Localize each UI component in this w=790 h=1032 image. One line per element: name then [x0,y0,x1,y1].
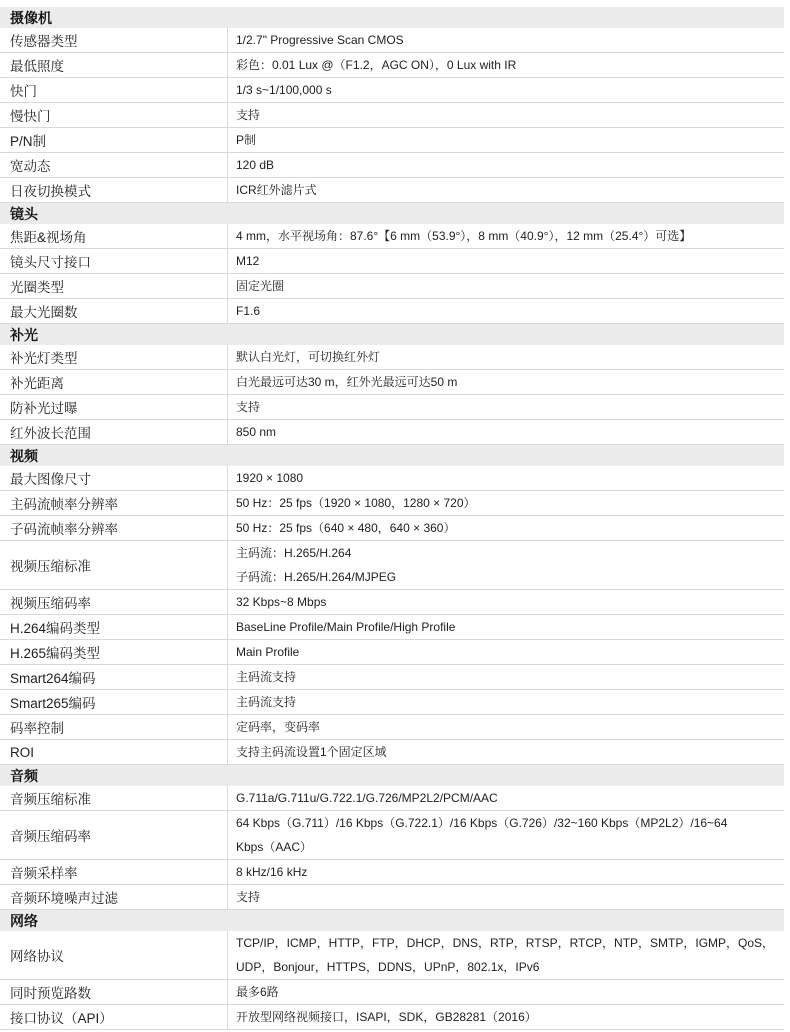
spec-value-line: BaseLine Profile/Main Profile/High Profi… [236,615,784,639]
spec-value-line: 子码流：H.265/H.264/MJPEG [236,565,784,589]
spec-row: Smart264编码主码流支持 [0,665,784,690]
spec-row: 传感器类型1/2.7" Progressive Scan CMOS [0,28,784,53]
spec-label: 日夜切换模式 [0,178,228,202]
spec-value: M12 [228,249,784,273]
spec-label: 主码流帧率分辨率 [0,491,228,515]
spec-value-line: 120 dB [236,153,784,177]
spec-label: 接口协议（API） [0,1005,228,1029]
spec-value: 固定光圈 [228,274,784,298]
spec-value-line: P制 [236,128,784,152]
spec-value-line: 彩色：0.01 Lux @（F1.2，AGC ON），0 Lux with IR [236,53,784,77]
spec-row: 慢快门支持 [0,103,784,128]
spec-row: 宽动态120 dB [0,153,784,178]
spec-value: G.711a/G.711u/G.722.1/G.726/MP2L2/PCM/AA… [228,786,784,810]
spec-value-line: UDP，Bonjour，HTTPS，DDNS，UPnP，802.1x，IPv6 [236,955,784,979]
spec-value: 主码流：H.265/H.264子码流：H.265/H.264/MJPEG [228,541,784,589]
spec-row: 主码流帧率分辨率50 Hz：25 fps（1920 × 1080，1280 × … [0,491,784,516]
spec-label: 视频压缩标准 [0,541,228,589]
spec-value: 开放型网络视频接口，ISAPI，SDK，GB28281（2016） [228,1005,784,1029]
spec-value-line: 64 Kbps（G.711）/16 Kbps（G.722.1）/16 Kbps（… [236,811,784,835]
spec-value: 50 Hz：25 fps（640 × 480，640 × 360） [228,516,784,540]
spec-row: 子码流帧率分辨率50 Hz：25 fps（640 × 480，640 × 360… [0,516,784,541]
spec-value: 支持 [228,395,784,419]
spec-value-line: 32 Kbps~8 Mbps [236,590,784,614]
spec-value-line: 4 mm，水平视场角：87.6°【6 mm（53.9°），8 mm（40.9°）… [236,224,784,248]
spec-value-line: G.711a/G.711u/G.722.1/G.726/MP2L2/PCM/AA… [236,786,784,810]
spec-row: 最低照度彩色：0.01 Lux @（F1.2，AGC ON），0 Lux wit… [0,53,784,78]
spec-label: 码率控制 [0,715,228,739]
section-title: 网络 [0,910,784,931]
spec-value: 50 Hz：25 fps（1920 × 1080，1280 × 720） [228,491,784,515]
spec-value: 4 mm，水平视场角：87.6°【6 mm（53.9°），8 mm（40.9°）… [228,224,784,248]
spec-label: 快门 [0,78,228,102]
spec-value-line: 支持 [236,395,784,419]
spec-value-line: ICR红外滤片式 [236,178,784,202]
spec-row: 最大光圈数F1.6 [0,299,784,324]
spec-label: 最低照度 [0,53,228,77]
spec-row: 红外波长范围850 nm [0,420,784,445]
spec-value: 32 Kbps~8 Mbps [228,590,784,614]
spec-row: ROI支持主码流设置1个固定区域 [0,740,784,765]
spec-value-line: 白光最远可达30 m，红外光最远可达50 m [236,370,784,394]
spec-row: 补光灯类型默认白光灯，可切换红外灯 [0,345,784,370]
spec-value-line: TCP/IP，ICMP，HTTP，FTP，DHCP，DNS，RTP，RTSP，R… [236,931,784,955]
spec-value: 主码流支持 [228,665,784,689]
spec-value: 8 kHz/16 kHz [228,860,784,884]
spec-label: 补光距离 [0,370,228,394]
spec-label: Smart265编码 [0,690,228,714]
spec-value: 1/3 s~1/100,000 s [228,78,784,102]
spec-value: 支持主码流设置1个固定区域 [228,740,784,764]
spec-label: ROI [0,740,228,764]
spec-value: 白光最远可达30 m，红外光最远可达50 m [228,370,784,394]
spec-label: 视频压缩码率 [0,590,228,614]
spec-label: 补光灯类型 [0,345,228,369]
spec-label: 焦距&视场角 [0,224,228,248]
spec-value-line: Main Profile [236,640,784,664]
spec-table: 摄像机传感器类型1/2.7" Progressive Scan CMOS最低照度… [0,0,784,1030]
spec-value-line: 开放型网络视频接口，ISAPI，SDK，GB28281（2016） [236,1005,784,1029]
spec-value-line: 50 Hz：25 fps（1920 × 1080，1280 × 720） [236,491,784,515]
spec-label: 传感器类型 [0,28,228,52]
spec-value-line: 1920 × 1080 [236,466,784,490]
spec-value-line: 支持 [236,885,784,909]
spec-row: Smart265编码主码流支持 [0,690,784,715]
spec-label: 光圈类型 [0,274,228,298]
spec-value: 120 dB [228,153,784,177]
spec-value: 最多6路 [228,980,784,1004]
spec-value-line: 主码流：H.265/H.264 [236,541,784,565]
spec-row: 视频压缩标准主码流：H.265/H.264子码流：H.265/H.264/MJP… [0,541,784,590]
spec-value: 1/2.7" Progressive Scan CMOS [228,28,784,52]
section-title: 视频 [0,445,784,466]
spec-value-line: 850 nm [236,420,784,444]
spec-value-line: 主码流支持 [236,690,784,714]
spec-value: ICR红外滤片式 [228,178,784,202]
spec-row: 码率控制定码率，变码率 [0,715,784,740]
spec-value: 850 nm [228,420,784,444]
spec-value: TCP/IP，ICMP，HTTP，FTP，DHCP，DNS，RTP，RTSP，R… [228,931,784,979]
spec-row: 镜头尺寸接口M12 [0,249,784,274]
spec-label: 红外波长范围 [0,420,228,444]
spec-value-line: 1/3 s~1/100,000 s [236,78,784,102]
spec-value: 支持 [228,885,784,909]
spec-row: P/N制P制 [0,128,784,153]
spec-value: Main Profile [228,640,784,664]
spec-value: 1920 × 1080 [228,466,784,490]
spec-row: 光圈类型固定光圈 [0,274,784,299]
spec-label: 慢快门 [0,103,228,127]
spec-row: 接口协议（API）开放型网络视频接口，ISAPI，SDK，GB28281（201… [0,1005,784,1030]
spec-value-line: 定码率，变码率 [236,715,784,739]
spec-value-line: 最多6路 [236,980,784,1004]
spec-value: 主码流支持 [228,690,784,714]
spec-value-line: 50 Hz：25 fps（640 × 480，640 × 360） [236,516,784,540]
spec-label: 音频采样率 [0,860,228,884]
spec-row: 日夜切换模式ICR红外滤片式 [0,178,784,203]
spec-row: 补光距离白光最远可达30 m，红外光最远可达50 m [0,370,784,395]
spec-label: 同时预览路数 [0,980,228,1004]
spec-label: 网络协议 [0,931,228,979]
spec-row: 视频压缩码率32 Kbps~8 Mbps [0,590,784,615]
spec-value-line: 默认白光灯，可切换红外灯 [236,345,784,369]
spec-value-line: Kbps（AAC） [236,835,784,859]
spec-label: 防补光过曝 [0,395,228,419]
section-title: 摄像机 [0,7,784,28]
spec-value-line: 支持主码流设置1个固定区域 [236,740,784,764]
spec-row: H.265编码类型Main Profile [0,640,784,665]
spec-value-line: M12 [236,249,784,273]
spec-label: H.264编码类型 [0,615,228,639]
spec-value-line: 主码流支持 [236,665,784,689]
spec-value-line: 1/2.7" Progressive Scan CMOS [236,28,784,52]
spec-value: 64 Kbps（G.711）/16 Kbps（G.722.1）/16 Kbps（… [228,811,784,859]
spec-row: 音频环境噪声过滤支持 [0,885,784,910]
spec-value-line: 固定光圈 [236,274,784,298]
spec-label: 最大图像尺寸 [0,466,228,490]
spec-label: 音频压缩码率 [0,811,228,859]
spec-row: 网络协议TCP/IP，ICMP，HTTP，FTP，DHCP，DNS，RTP，RT… [0,931,784,980]
spec-label: P/N制 [0,128,228,152]
spec-label: 宽动态 [0,153,228,177]
spec-row: 音频压缩码率64 Kbps（G.711）/16 Kbps（G.722.1）/16… [0,811,784,860]
spec-label: 最大光圈数 [0,299,228,323]
spec-label: Smart264编码 [0,665,228,689]
spec-row: 焦距&视场角4 mm，水平视场角：87.6°【6 mm（53.9°），8 mm（… [0,224,784,249]
spec-row: 最大图像尺寸1920 × 1080 [0,466,784,491]
spec-label: 音频环境噪声过滤 [0,885,228,909]
spec-row: 音频压缩标准G.711a/G.711u/G.722.1/G.726/MP2L2/… [0,786,784,811]
spec-value: F1.6 [228,299,784,323]
spec-label: H.265编码类型 [0,640,228,664]
spec-value: 默认白光灯，可切换红外灯 [228,345,784,369]
section-title: 补光 [0,324,784,345]
spec-label: 音频压缩标准 [0,786,228,810]
section-title: 镜头 [0,203,784,224]
spec-value-line: 支持 [236,103,784,127]
spec-row: 音频采样率8 kHz/16 kHz [0,860,784,885]
spec-row: 防补光过曝支持 [0,395,784,420]
spec-label: 子码流帧率分辨率 [0,516,228,540]
spec-value-line: F1.6 [236,299,784,323]
spec-label: 镜头尺寸接口 [0,249,228,273]
spec-row: 快门1/3 s~1/100,000 s [0,78,784,103]
spec-value: 彩色：0.01 Lux @（F1.2，AGC ON），0 Lux with IR [228,53,784,77]
spec-value: P制 [228,128,784,152]
spec-row: H.264编码类型BaseLine Profile/Main Profile/H… [0,615,784,640]
section-title: 音频 [0,765,784,786]
spec-row: 同时预览路数最多6路 [0,980,784,1005]
spec-value: BaseLine Profile/Main Profile/High Profi… [228,615,784,639]
spec-value: 定码率，变码率 [228,715,784,739]
spec-value: 支持 [228,103,784,127]
spec-value-line: 8 kHz/16 kHz [236,860,784,884]
